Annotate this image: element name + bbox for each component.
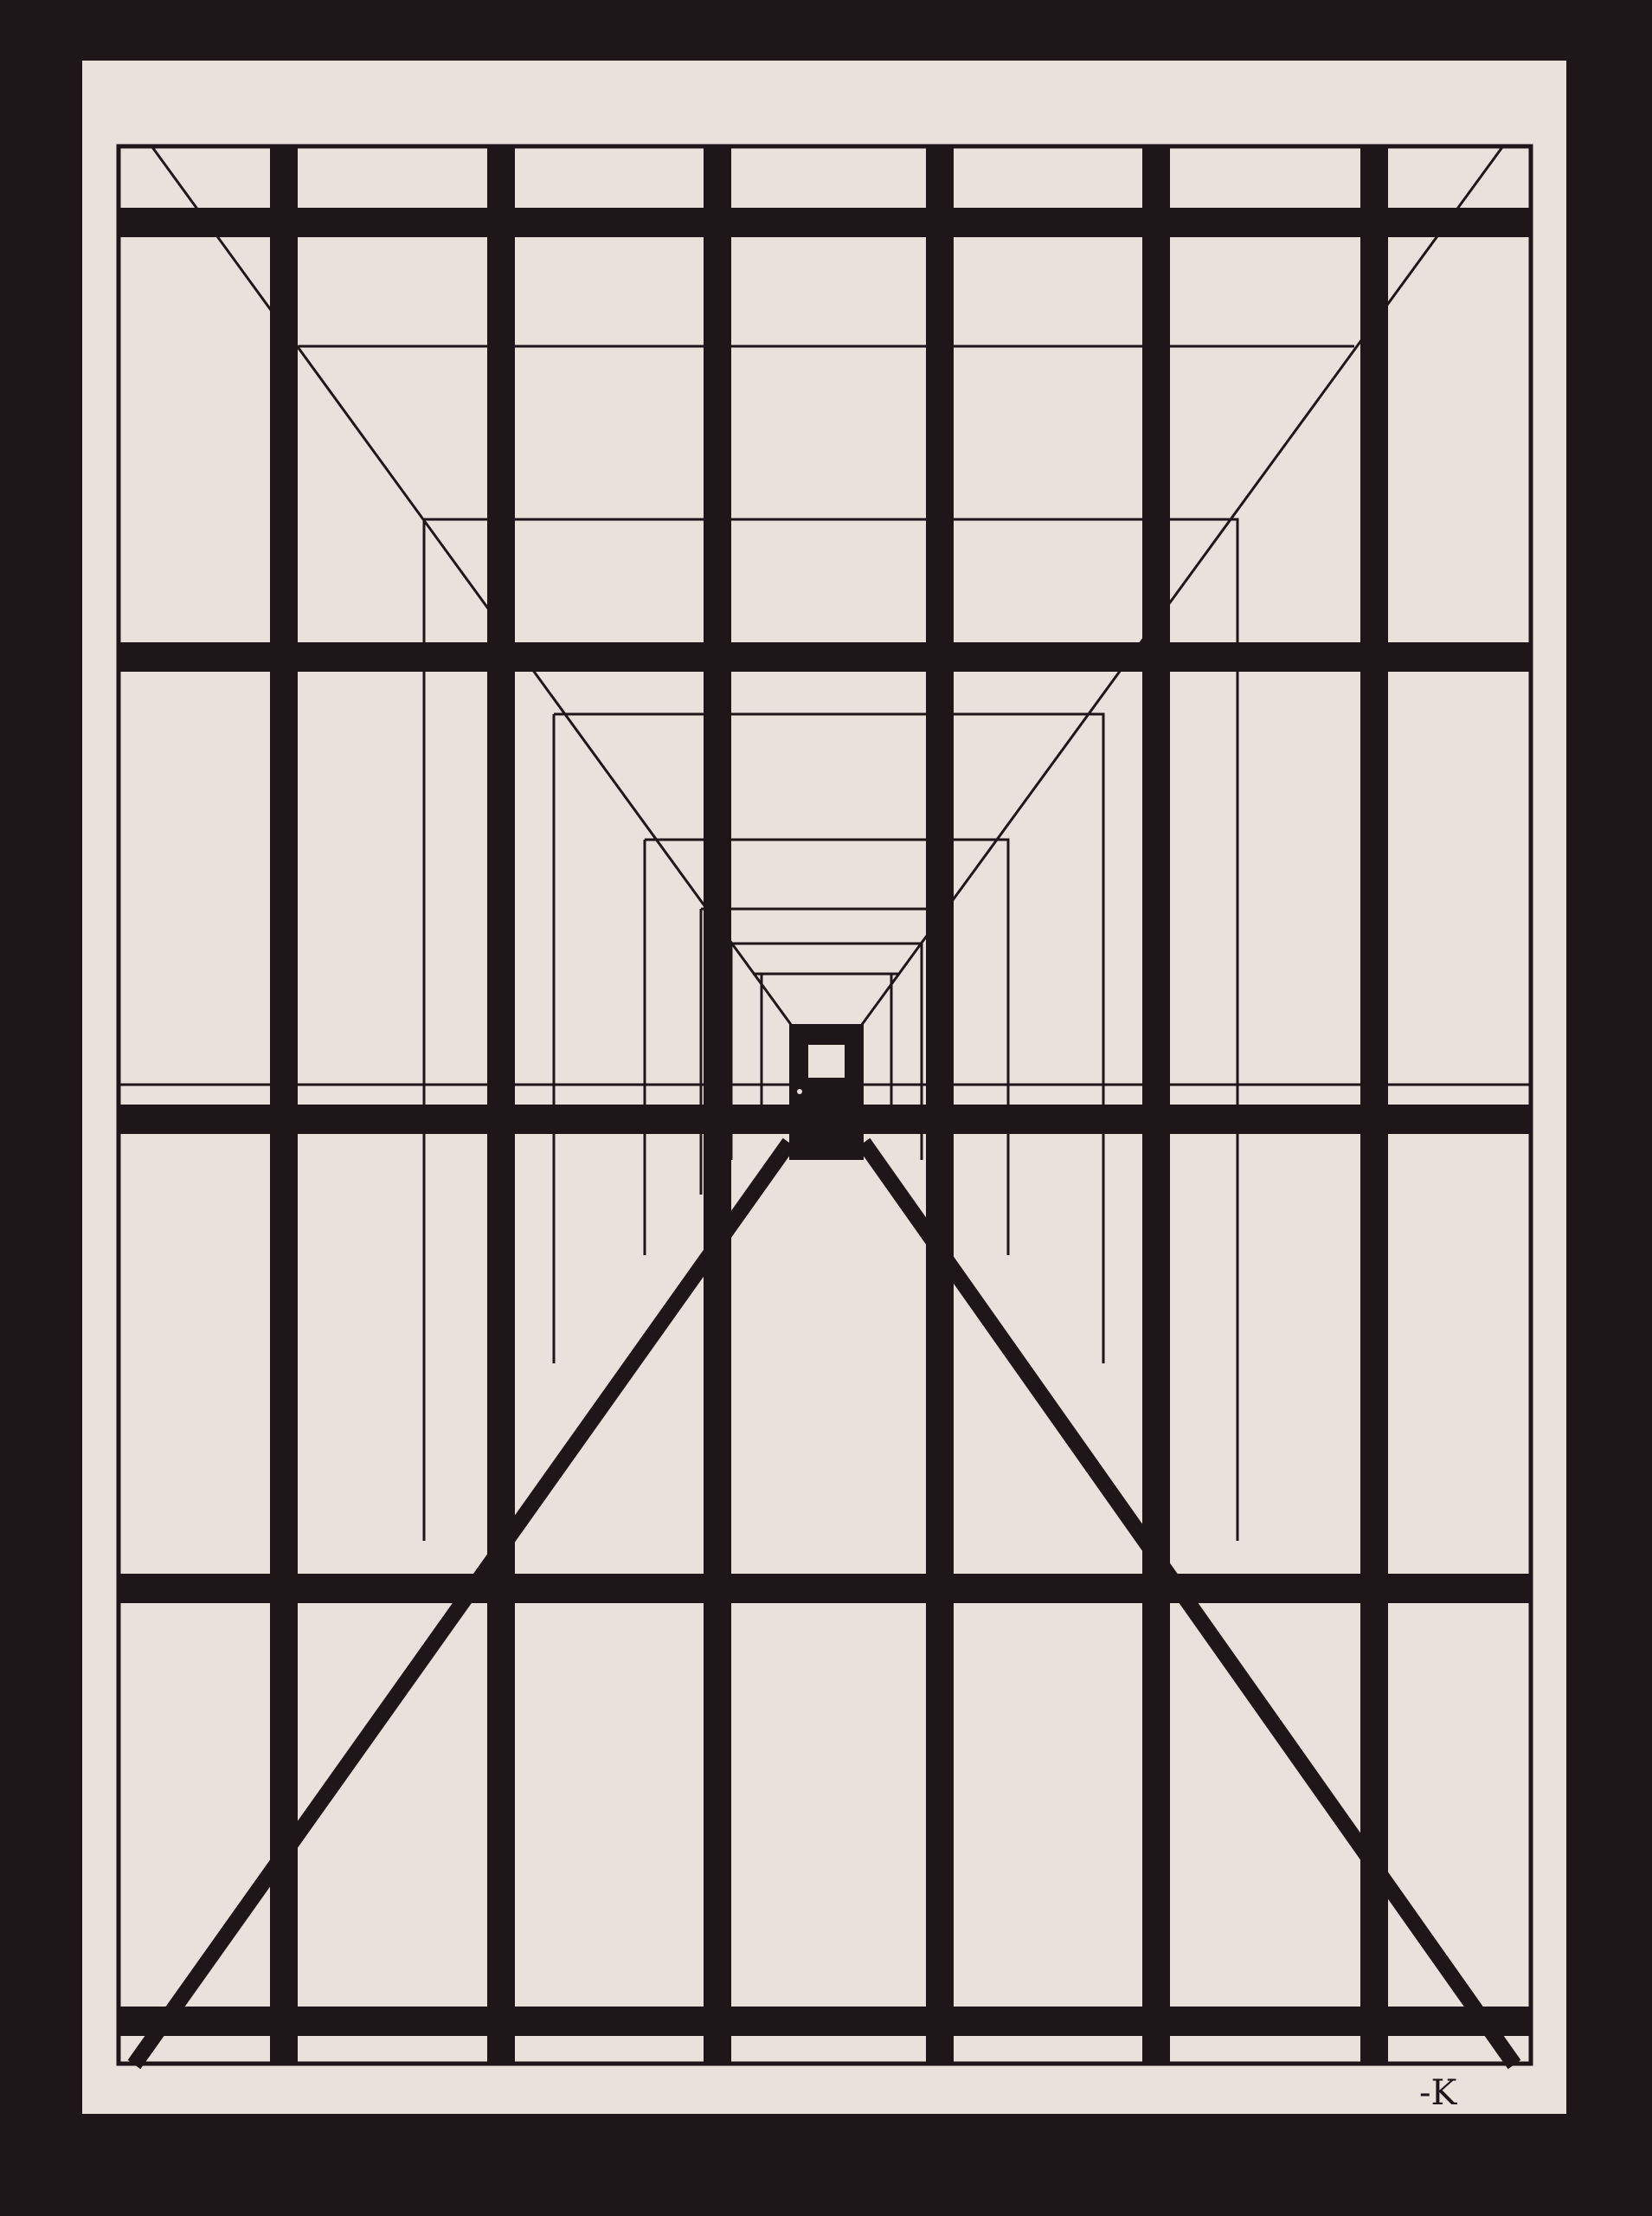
artist-signature: -K xyxy=(1419,2073,1456,2113)
door xyxy=(789,1024,864,1160)
perspective-grid-artwork xyxy=(0,0,1652,2216)
